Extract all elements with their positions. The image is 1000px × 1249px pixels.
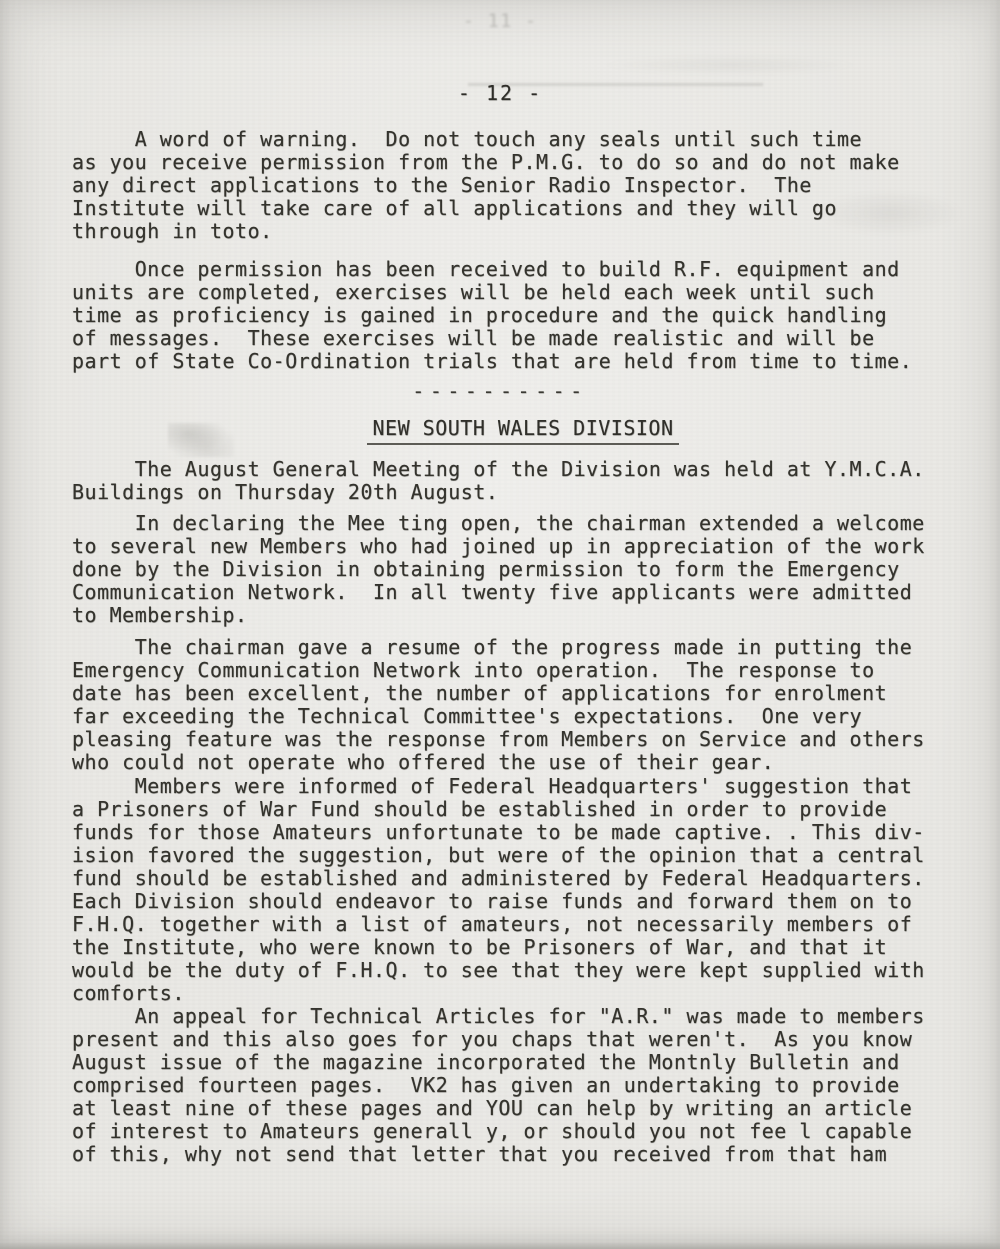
bleed-through-page-number: - 11 - <box>0 10 1000 32</box>
paragraph-welcome: In declaring the Mee ting open, the chai… <box>72 512 952 627</box>
text-line: date has been excellent, the number of a… <box>72 682 952 705</box>
text-line: done by the Division in obtaining permis… <box>72 558 952 581</box>
text-line: Institute will take care of all applicat… <box>72 197 952 220</box>
text-line: Communication Network. In all twenty fiv… <box>72 581 952 604</box>
text-line: time as proficiency is gained in procedu… <box>72 304 952 327</box>
divider-dashes: ---------- <box>412 379 587 403</box>
text-line: The chairman gave a resume of the progre… <box>72 636 952 659</box>
text-line: who could not operate who offered the us… <box>72 751 952 774</box>
paragraph-pow-fund: Members were informed of Federal Headqua… <box>72 775 952 1005</box>
section-heading: NEW SOUTH WALES DIVISION <box>367 416 680 445</box>
section-heading-row: NEW SOUTH WALES DIVISION <box>0 416 1000 445</box>
text-line: ision favored the suggestion, but were o… <box>72 844 952 867</box>
text-line: part of State Co-Ordination trials that … <box>72 350 952 373</box>
text-line: would be the duty of F.H.Q. to see that … <box>72 959 952 982</box>
text-line: far exceeding the Technical Committee's … <box>72 705 952 728</box>
text-line: of this, why not send that letter that y… <box>72 1143 952 1166</box>
text-line: as you receive permission from the P.M.G… <box>72 151 952 174</box>
text-line: comforts. <box>72 982 952 1005</box>
text-line: pleasing feature was the response from M… <box>72 728 952 751</box>
text-line: An appeal for Technical Articles for "A.… <box>72 1005 952 1028</box>
text-line: August issue of the magazine incorporate… <box>72 1051 952 1074</box>
text-line: Each Division should endeavor to raise f… <box>72 890 952 913</box>
paragraph-meeting: The August General Meeting of the Divisi… <box>72 458 952 504</box>
paragraph-appeal: An appeal for Technical Articles for "A.… <box>72 1005 952 1166</box>
page-number: - 12 - <box>458 81 542 105</box>
text-line: Emergency Communication Network into ope… <box>72 659 952 682</box>
text-line: The August General Meeting of the Divisi… <box>72 458 952 481</box>
text-line: of interest to Amateurs generall y, or s… <box>72 1120 952 1143</box>
text-line: A word of warning. Do not touch any seal… <box>72 128 952 151</box>
text-line: F.H.Q. together with a list of amateurs,… <box>72 913 952 936</box>
text-line: In declaring the Mee ting open, the chai… <box>72 512 952 535</box>
text-line: Once permission has been received to bui… <box>72 258 952 281</box>
text-line: any direct applications to the Senior Ra… <box>72 174 952 197</box>
text-line: at least nine of these pages and YOU can… <box>72 1097 952 1120</box>
paragraph-exercises: Once permission has been received to bui… <box>72 258 952 373</box>
text-line: units are completed, exercises will be h… <box>72 281 952 304</box>
page-number-row: - 12 - <box>0 81 1000 105</box>
scanned-page: - 11 - - 12 - A word of warning. Do not … <box>0 0 1000 1249</box>
text-line: funds for those Amateurs unfortunate to … <box>72 821 952 844</box>
text-line: a Prisoners of War Fund should be establ… <box>72 798 952 821</box>
paragraph-progress: The chairman gave a resume of the progre… <box>72 636 952 774</box>
text-line: comprised fourteen pages. VK2 has given … <box>72 1074 952 1097</box>
paragraph-warning: A word of warning. Do not touch any seal… <box>72 128 952 243</box>
text-line: Members were informed of Federal Headqua… <box>72 775 952 798</box>
page-edge-shadow <box>0 1242 1000 1249</box>
bleed-through-smudge <box>600 55 860 75</box>
text-line: the Institute, who were known to be Pris… <box>72 936 952 959</box>
text-line: present and this also goes for you chaps… <box>72 1028 952 1051</box>
section-divider: ---------- <box>0 379 1000 403</box>
text-line: through in toto. <box>72 220 952 243</box>
text-line: to several new Members who had joined up… <box>72 535 952 558</box>
text-line: of messages. These exercises will be mad… <box>72 327 952 350</box>
text-line: to Membership. <box>72 604 952 627</box>
text-line: fund should be established and administe… <box>72 867 952 890</box>
text-line: Buildings on Thursday 20th August. <box>72 481 952 504</box>
